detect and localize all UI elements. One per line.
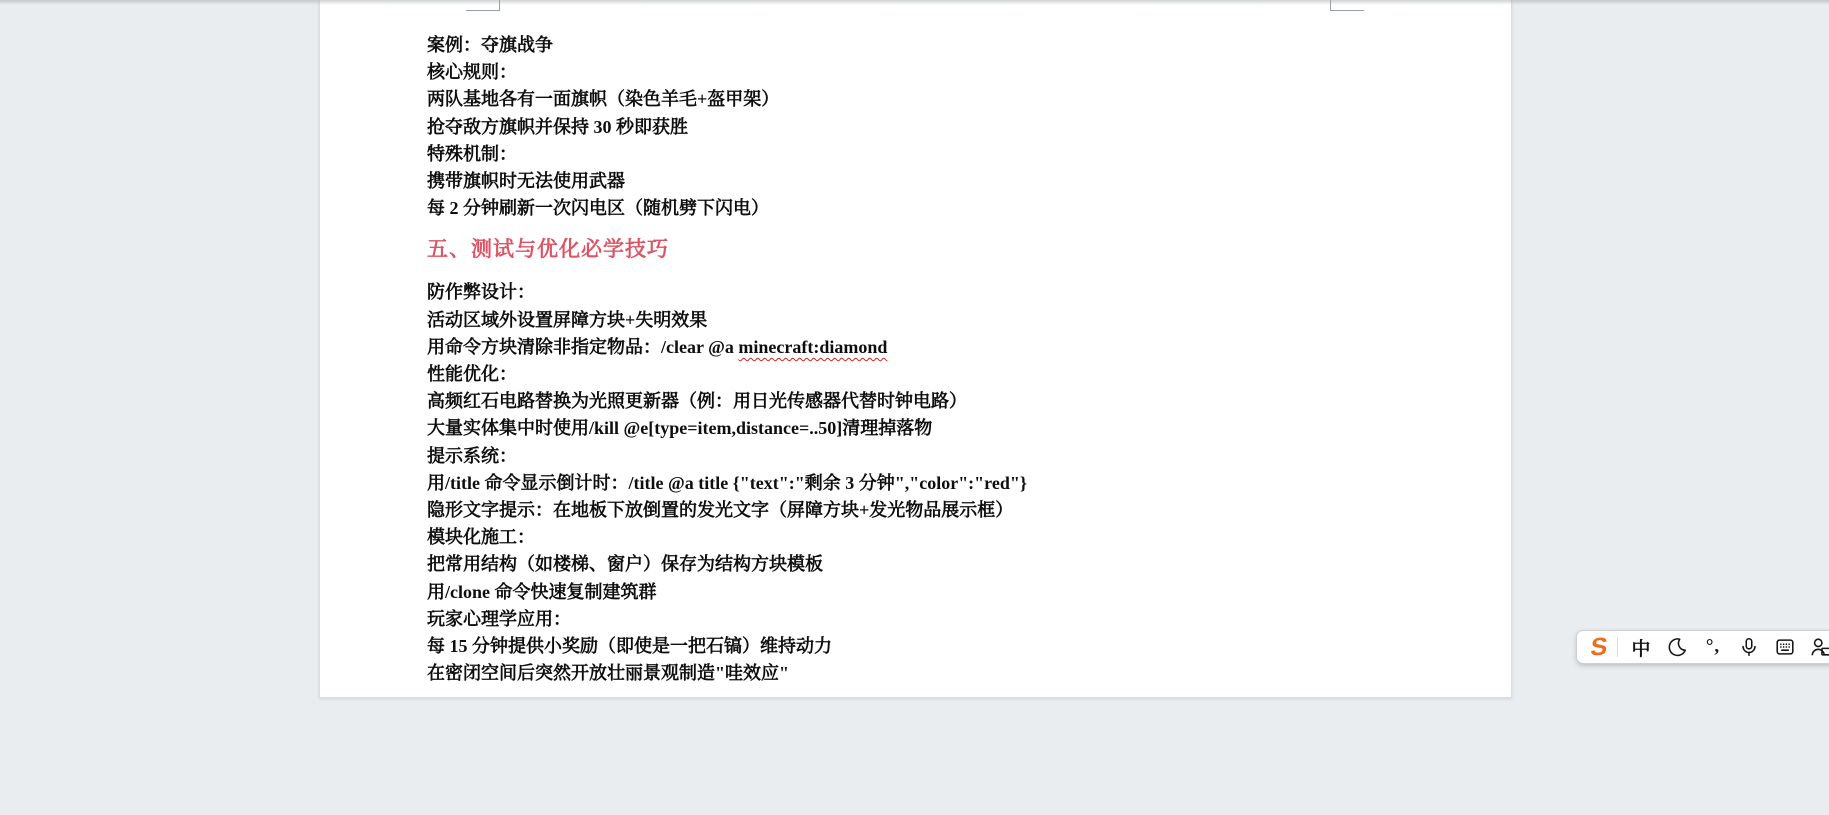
punctuation-icon: °, [1706, 636, 1720, 658]
paragraph: 防作弊设计： [427, 279, 1027, 306]
toolbar-divider [1617, 637, 1618, 657]
paragraph-with-spellcheck: 用命令方块清除非指定物品：/clear @a minecraft:diamond [427, 334, 1027, 361]
microphone-icon [1738, 636, 1760, 658]
paragraph: 隐形文字提示：在地板下放倒置的发光文字（屏障方块+发光物品展示框） [427, 497, 1027, 524]
top-window-shadow [0, 0, 1829, 5]
paragraph: 用/clone 命令快速复制建筑群 [427, 579, 1027, 606]
spellcheck-flagged-text: minecraft:diamond [738, 337, 887, 357]
paragraph: 大量实体集中时使用/kill @e[type=item,distance=..5… [427, 415, 1027, 442]
document-page[interactable]: 案例：夺旗战争 核心规则： 两队基地各有一面旗帜（染色羊毛+盔甲架） 抢夺敌方旗… [319, 0, 1512, 698]
ime-voice-input-button[interactable] [1731, 631, 1767, 663]
paragraph: 玩家心理学应用： [427, 606, 1027, 633]
ime-chinese-mode-button[interactable]: 中 [1623, 631, 1659, 663]
sogou-logo-icon[interactable]: S [1584, 634, 1615, 661]
paragraph: 用/title 命令显示倒计时：/title @a title {"text":… [427, 470, 1027, 497]
half-moon-icon [1666, 636, 1688, 658]
document-content[interactable]: 案例：夺旗战争 核心规则： 两队基地各有一面旗帜（染色羊毛+盔甲架） 抢夺敌方旗… [427, 32, 1027, 687]
paragraph: 核心规则： [427, 59, 1027, 86]
paragraph-text: 用命令方块清除非指定物品：/clear @a [427, 337, 738, 357]
ime-fullwidth-button[interactable] [1659, 631, 1695, 663]
toolbox-person-icon [1809, 636, 1829, 658]
paragraph: 携带旗帜时无法使用武器 [427, 168, 1027, 195]
ime-toolbar[interactable]: S 中 °, [1576, 630, 1829, 664]
paragraph: 特殊机制： [427, 141, 1027, 168]
paragraph: 活动区域外设置屏障方块+失明效果 [427, 307, 1027, 334]
paragraph: 在密闭空间后突然开放壮丽景观制造"哇效应" [427, 660, 1027, 687]
soft-keyboard-icon [1774, 636, 1796, 658]
paragraph: 两队基地各有一面旗帜（染色羊毛+盔甲架） [427, 86, 1027, 113]
paragraph: 案例：夺旗战争 [427, 32, 1027, 59]
ime-toolbox-button[interactable] [1803, 631, 1829, 663]
screen: { "doc": { "section1": [ "案例：夺旗战争", "核心规… [0, 0, 1829, 815]
paragraph: 把常用结构（如楼梯、窗户）保存为结构方块模板 [427, 551, 1027, 578]
ime-punctuation-button[interactable]: °, [1695, 631, 1731, 663]
paragraph: 每 15 分钟提供小奖励（即使是一把石镐）维持动力 [427, 633, 1027, 660]
chinese-mode-icon: 中 [1631, 634, 1650, 661]
ime-soft-keyboard-button[interactable] [1767, 631, 1803, 663]
paragraph: 高频红石电路替换为光照更新器（例：用日光传感器代替时钟电路） [427, 388, 1027, 415]
paragraph: 每 2 分钟刷新一次闪电区（随机劈下闪电） [427, 195, 1027, 222]
paragraph: 性能优化： [427, 361, 1027, 388]
section-heading: 五、测试与优化必学技巧 [427, 235, 1027, 263]
paragraph: 提示系统： [427, 443, 1027, 470]
paragraph: 模块化施工： [427, 524, 1027, 551]
paragraph: 抢夺敌方旗帜并保持 30 秒即获胜 [427, 114, 1027, 141]
